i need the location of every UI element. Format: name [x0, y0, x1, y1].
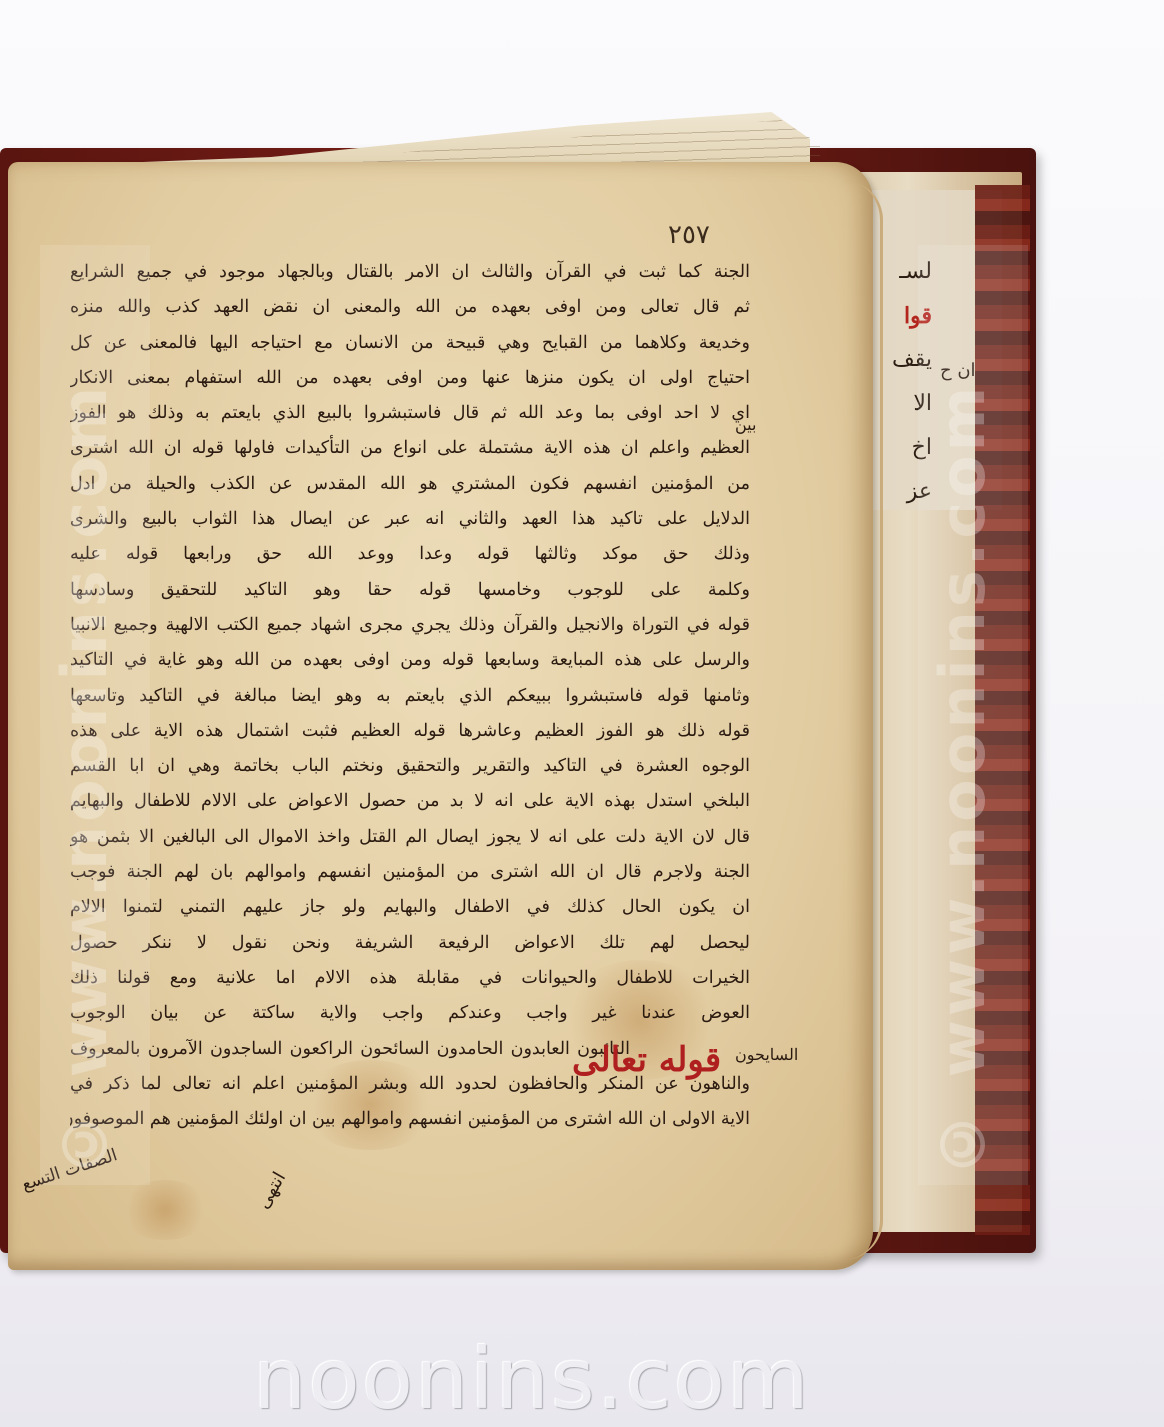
text-line: وذلك حق موكد وثالثها قوله وعدا ووعد الله…: [70, 537, 750, 572]
text-line: الوجوه العشرة في التاكيد والتقرير والتحق…: [70, 749, 750, 784]
text-line: الجنة كما ثبت في القرآن والثالث ان الامر…: [70, 255, 750, 290]
text-line: قوله في التوراة والانجيل والقرآن وذلك يج…: [70, 608, 750, 643]
text-line: العوض عندنا غير واجب وعندكم واجب والاية …: [70, 996, 750, 1031]
folio-number: ٢٥٧: [668, 220, 710, 250]
manuscript-text: الجنة كما ثبت في القرآن والثالث ان الامر…: [70, 255, 750, 1137]
watermark-right: © www.noonins.com: [926, 250, 999, 1180]
text-line: من المؤمنين انفسهم فكون المشتري هو الله …: [70, 467, 750, 502]
text-line: البلخي استدل بهذه الاية على انه لا بد من…: [70, 784, 750, 819]
text-line: الدلايل على تاكيد هذا العهد والثاني انه …: [70, 502, 750, 537]
watermark-bottom: noonins.com: [222, 1330, 842, 1427]
text-line: احتياج اولى ان يكون منزها عنها ومن اوفى …: [70, 361, 750, 396]
margin-note: بين: [735, 415, 756, 434]
text-line: وثامنها قوله فاستبشروا ببيعكم الذي بايعت…: [70, 679, 750, 714]
text-line: الاية الاولى ان الله اشترى من المؤمنين ا…: [70, 1102, 750, 1137]
margin-note: السايحون: [735, 1045, 798, 1064]
text-line: والرسل على هذه المبايعة وسابعها قوله ومن…: [70, 643, 750, 678]
text-line: قوله ذلك هو الفوز العظيم وعاشرها قوله ال…: [70, 714, 750, 749]
text-line: اي لا احد اوفى بما وعد الله ثم قال فاستب…: [70, 396, 750, 431]
text-line: ليحصل لهم تلك الاعواض الرفيعة الشريفة ون…: [70, 926, 750, 961]
text-line: وكلمة على للوجوب وخامسها قوله حقا وهو ال…: [70, 573, 750, 608]
text-line: وخديعة وكلاهما من القبايح وهي قبيحة من ا…: [70, 326, 750, 361]
page-curl-edge: [830, 180, 883, 1260]
rubric-heading: قوله تعالى: [572, 1040, 721, 1080]
text-line: ثم قال تعالى ومن اوفى بعهده من الله والم…: [70, 290, 750, 325]
text-line: قال لان الاية دلت على انه لا يجوز ايصال …: [70, 820, 750, 855]
text-line: العظيم واعلم ان هذه الاية مشتملة على انو…: [70, 431, 750, 466]
paper-stain: [120, 1180, 210, 1240]
watermark-left: © www.noonins.com: [48, 250, 121, 1180]
text-line: الخيرات للاطفال والحيوانات في مقابلة هذه…: [70, 961, 750, 996]
text-line: ان يكون الحال كذلك في الاطفال والبهايم و…: [70, 890, 750, 925]
text-line: الجنة ولاجرم قال ان الله اشترى من المؤمن…: [70, 855, 750, 890]
